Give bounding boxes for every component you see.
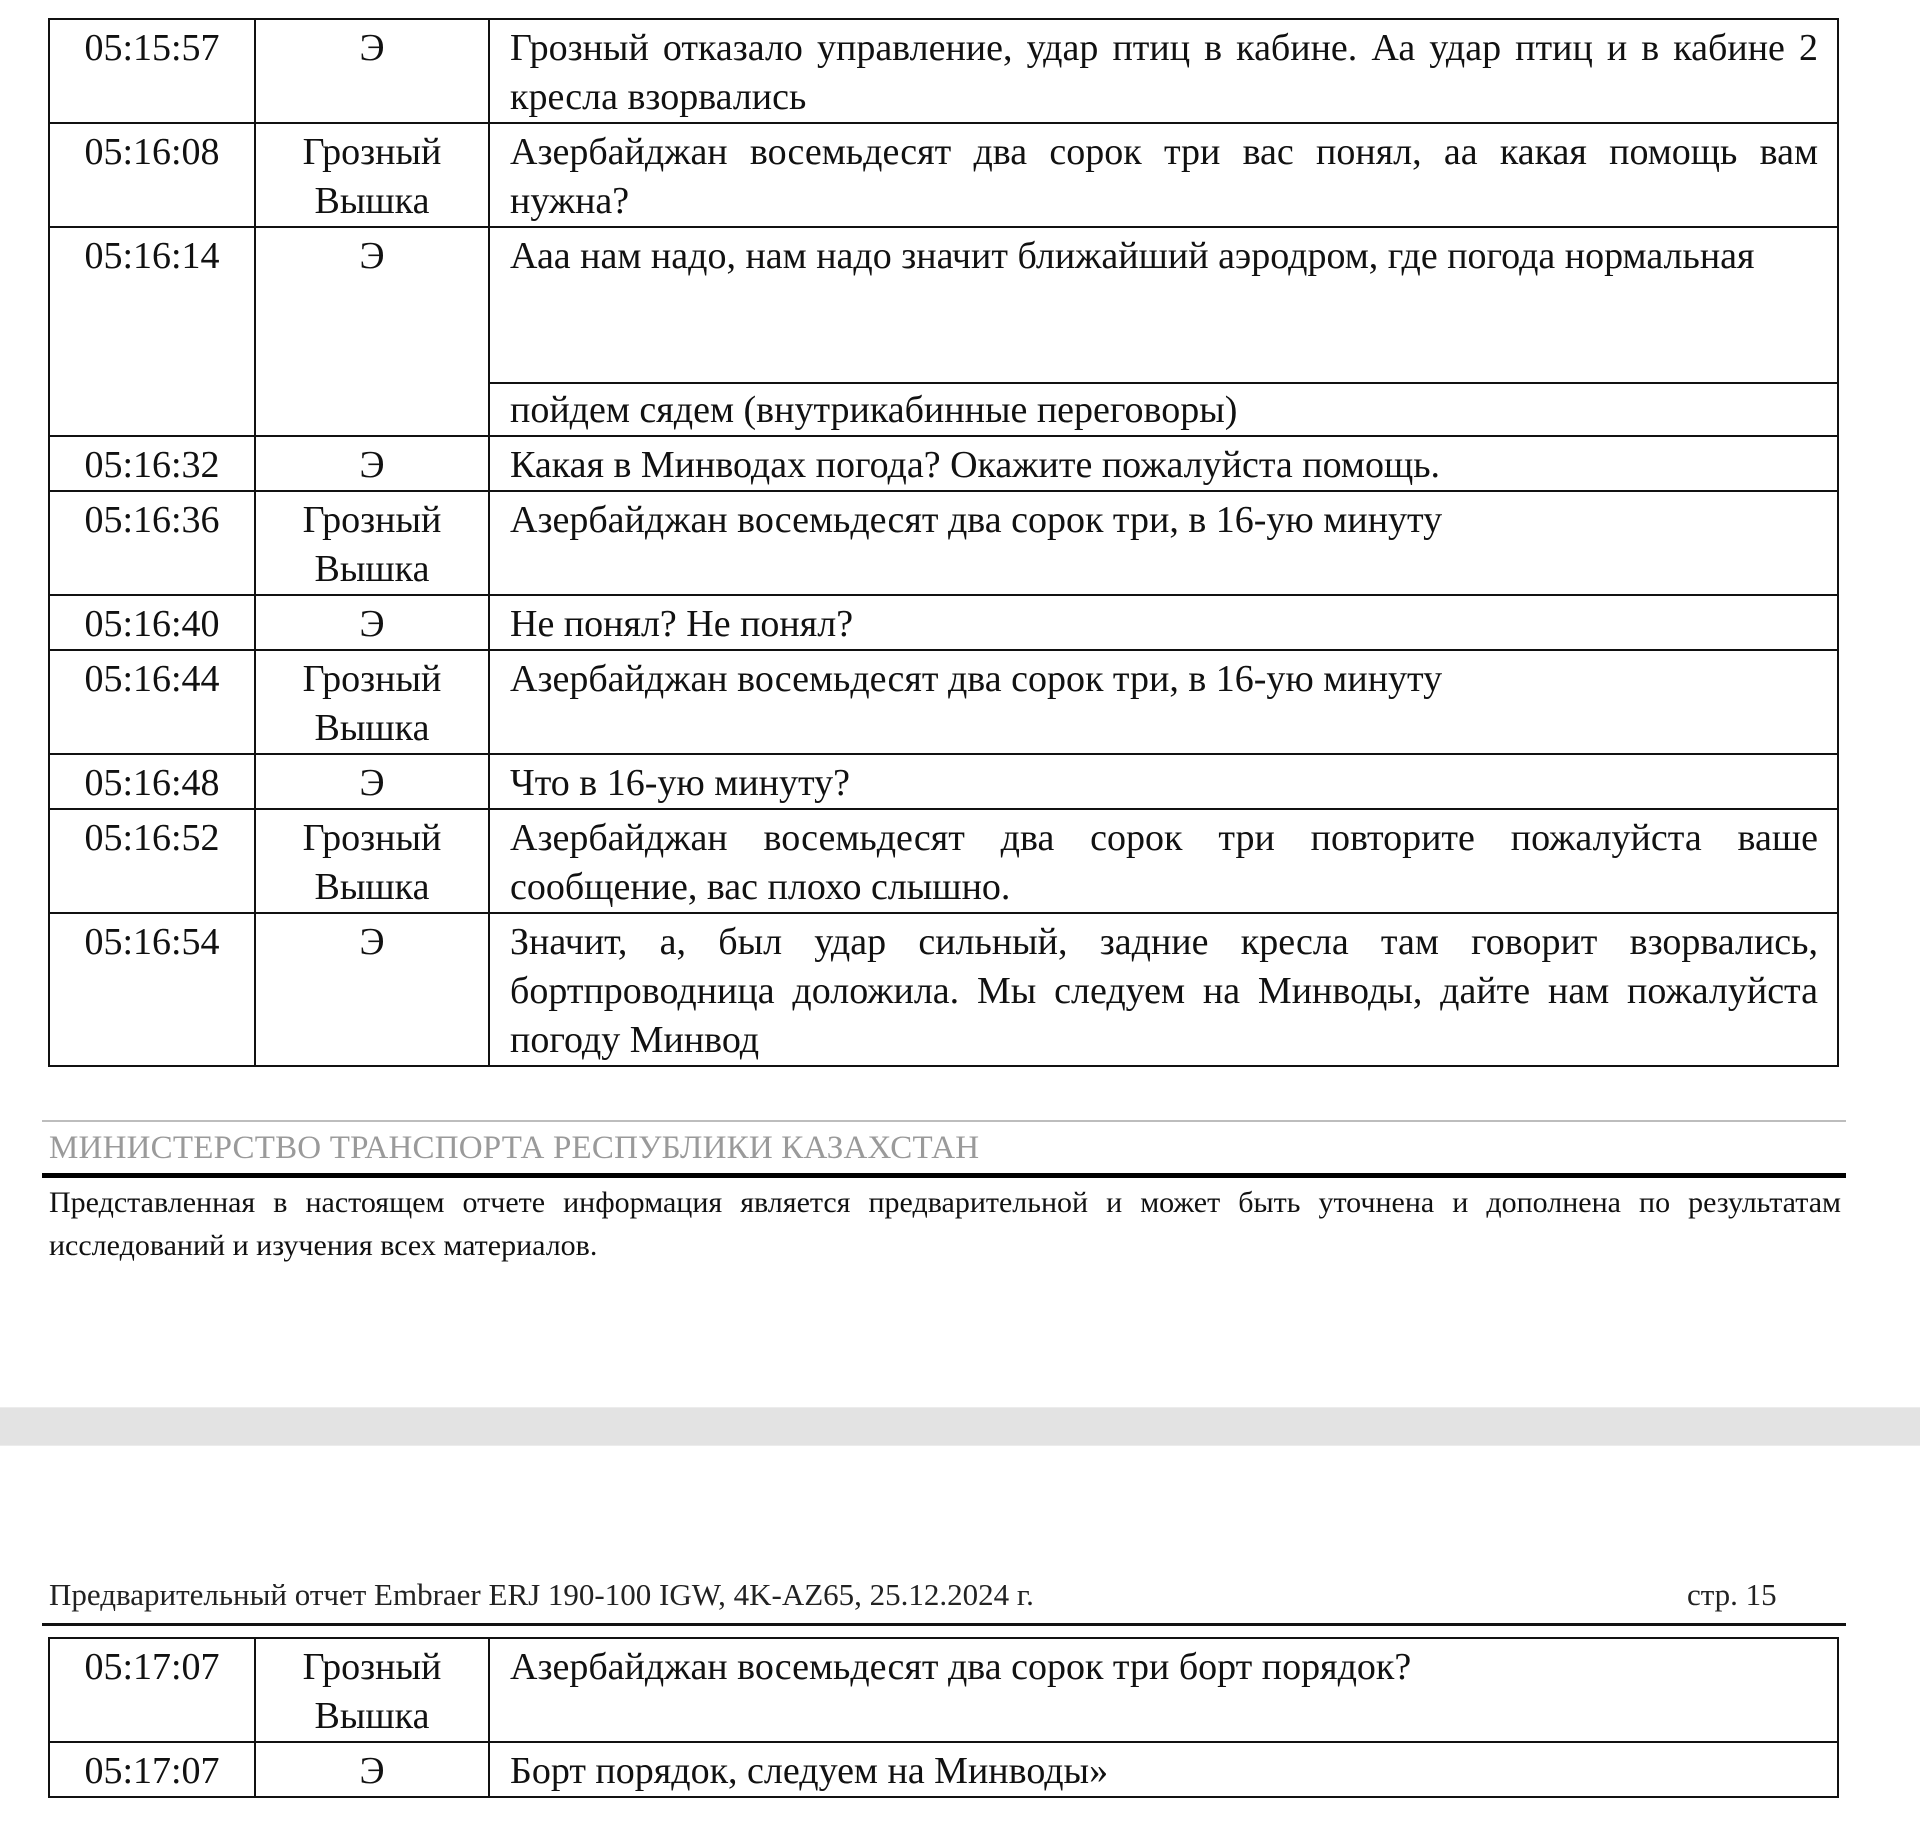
speaker-cell: Э	[255, 19, 489, 123]
transcript-row: 05:17:07ЭБорт порядок, следуем на Минвод…	[49, 1742, 1838, 1797]
speaker-cell: Э	[255, 913, 489, 1066]
timestamp-cell: 05:17:07	[49, 1638, 255, 1742]
header-divider	[42, 1623, 1846, 1626]
speaker-label: Э	[256, 232, 488, 281]
timestamp-cell: 05:16:54	[49, 913, 255, 1066]
speaker-label: Вышка	[256, 863, 488, 912]
speaker-cell: Э	[255, 436, 489, 491]
page-number: стр. 15	[1687, 1577, 1777, 1613]
message-cell: Не понял? Не понял?	[489, 595, 1838, 650]
speaker-cell: Э	[255, 227, 489, 436]
speaker-label: Грозный	[256, 1643, 488, 1692]
timestamp-cell: 05:16:14	[49, 227, 255, 436]
footer-disclaimer: Представленная в настоящем отчете информ…	[49, 1181, 1841, 1267]
transcript-row: 05:16:36ГрозныйВышкаАзербайджан восемьде…	[49, 491, 1838, 595]
speaker-cell: ГрозныйВышка	[255, 809, 489, 913]
message-cell: Азербайджан восемьдесят два сорок три, в…	[489, 491, 1838, 595]
speaker-cell: ГрозныйВышка	[255, 1638, 489, 1742]
message-cell: Азербайджан восемьдесят два сорок три бо…	[489, 1638, 1838, 1742]
transcript-table-page-15: 05:17:07ГрозныйВышкаАзербайджан восемьде…	[48, 1637, 1839, 1798]
timestamp-cell: 05:17:07	[49, 1742, 255, 1797]
message-cell: Азербайджан восемьдесят два сорок три по…	[489, 809, 1838, 913]
transcript-row: 05:16:52ГрозныйВышкаАзербайджан восемьде…	[49, 809, 1838, 913]
footer-divider-black	[42, 1173, 1846, 1178]
speaker-cell: ГрозныйВышка	[255, 123, 489, 227]
message-cell: Азербайджан восемьдесят два сорок три, в…	[489, 650, 1838, 754]
transcript-row: 05:16:40ЭНе понял? Не понял?	[49, 595, 1838, 650]
transcript-row: 05:15:57ЭГрозный отказало управление, уд…	[49, 19, 1838, 123]
timestamp-cell: 05:16:36	[49, 491, 255, 595]
timestamp-cell: 05:16:44	[49, 650, 255, 754]
transcript-row: 05:16:32ЭКакая в Минводах погода? Окажит…	[49, 436, 1838, 491]
speaker-label: Вышка	[256, 177, 488, 226]
message-cell: Какая в Минводах погода? Окажите пожалуй…	[489, 436, 1838, 491]
speaker-cell: Э	[255, 1742, 489, 1797]
transcript-row: 05:16:44ГрозныйВышкаАзербайджан восемьде…	[49, 650, 1838, 754]
speaker-label: Э	[256, 1747, 488, 1796]
speaker-label: Вышка	[256, 1692, 488, 1741]
speaker-label: Э	[256, 918, 488, 967]
timestamp-cell: 05:16:40	[49, 595, 255, 650]
timestamp-cell: 05:16:08	[49, 123, 255, 227]
speaker-label: Э	[256, 441, 488, 490]
message-cell: Значит, а, был удар сильный, задние крес…	[489, 913, 1838, 1066]
transcript-row: 05:16:14ЭАаа нам надо, нам надо значит б…	[49, 227, 1838, 383]
transcript-row: 05:16:54ЭЗначит, а, был удар сильный, за…	[49, 913, 1838, 1066]
speaker-label: Э	[256, 759, 488, 808]
speaker-label: Грозный	[256, 496, 488, 545]
timestamp-cell: 05:16:52	[49, 809, 255, 913]
timestamp-cell: 05:15:57	[49, 19, 255, 123]
timestamp-cell: 05:16:48	[49, 754, 255, 809]
transcript-row: 05:16:48ЭЧто в 16-ую минуту?	[49, 754, 1838, 809]
message-cell: Что в 16-ую минуту?	[489, 754, 1838, 809]
speaker-label: Грозный	[256, 128, 488, 177]
speaker-label: Грозный	[256, 655, 488, 704]
speaker-label: Вышка	[256, 545, 488, 594]
speaker-cell: Э	[255, 595, 489, 650]
message-cell: Борт порядок, следуем на Минводы»	[489, 1742, 1838, 1797]
speaker-label: Вышка	[256, 704, 488, 753]
page-break-gap	[0, 1407, 1920, 1446]
speaker-label: Э	[256, 24, 488, 73]
speaker-cell: Э	[255, 754, 489, 809]
speaker-label: Грозный	[256, 814, 488, 863]
ministry-footer-title: МИНИСТЕРСТВО ТРАНСПОРТА РЕСПУБЛИКИ КАЗАХ…	[49, 1130, 979, 1167]
speaker-label: Э	[256, 600, 488, 649]
speaker-cell: ГрозныйВышка	[255, 650, 489, 754]
report-header-title: Предварительный отчет Embraer ERJ 190-10…	[49, 1577, 1034, 1613]
message-cell: Азербайджан восемьдесят два сорок три ва…	[489, 123, 1838, 227]
speaker-cell: ГрозныйВышка	[255, 491, 489, 595]
timestamp-cell: 05:16:32	[49, 436, 255, 491]
transcript-row: 05:17:07ГрозныйВышкаАзербайджан восемьде…	[49, 1638, 1838, 1742]
transcript-row: 05:16:08ГрозныйВышкаАзербайджан восемьде…	[49, 123, 1838, 227]
footer-divider-gray	[42, 1120, 1846, 1122]
message-cell: Ааа нам надо, нам надо значит ближайший …	[489, 227, 1838, 383]
message-cell: Грозный отказало управление, удар птиц в…	[489, 19, 1838, 123]
transcript-table-page-14: 05:15:57ЭГрозный отказало управление, уд…	[48, 18, 1839, 1067]
message-cell: пойдем сядем (внутрикабинные переговоры)	[489, 383, 1838, 436]
